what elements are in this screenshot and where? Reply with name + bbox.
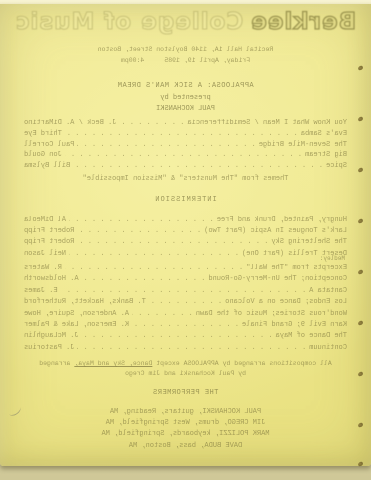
venue-line: Recital Hall 1A, 1140 Boylston Street, B… [0, 46, 371, 53]
document-page: BerkleeCollege of Music Recital Hall 1A,… [0, 4, 371, 466]
dot-leader [61, 286, 307, 297]
berklee-logo: BerkleeCollege of Music [0, 9, 371, 35]
program-row: Lark's Tongues In Aspic (Part Two)Robert… [24, 226, 347, 237]
program-row: SpiceBill Bylsma [24, 161, 347, 172]
program-row: The Seven-Mile BridgePaul Correll [24, 140, 347, 151]
program-row: Conception; The Un-Merry-Go-RoundA. Hold… [24, 274, 347, 285]
performer-entry: JIM CREGO, drums, West Springfield, MA [0, 418, 371, 429]
performer-entry: PAUL KOCHANSKI, guitars, Reading, MA [0, 407, 371, 418]
logo-word-berklee: Berklee [250, 9, 356, 35]
dot-leader [149, 297, 222, 308]
dot-leader [119, 118, 184, 129]
program-part-one: You Know What I Mean / SemidifferenciaJ.… [24, 118, 347, 185]
performer-entry: DAVE BUDA, bass, Boston, MA [0, 441, 371, 452]
intermission-heading: INTERMISSION [0, 196, 371, 204]
program-part-two-a: Hungry, Painted, Drunk and FreeAl DiMeol… [24, 215, 347, 260]
concert-title: APPALOOSA: A SICK MAN'S DREAM [0, 81, 371, 93]
program-row: The Sheltering SkyRobert Fripp [24, 237, 347, 248]
program-row: Excerpts from "The Wall"R. Waters [24, 263, 347, 274]
performer-entry: MARK POLIZZI, keyboards, Springfield, MA [0, 429, 371, 440]
performers-list: PAUL KOCHANSKI, guitars, Reading, MA JIM… [0, 407, 371, 452]
dot-leader [65, 263, 243, 274]
program-row: Wond'rous Stories; Music of the DawnA. A… [24, 309, 347, 320]
dot-leader [65, 150, 302, 161]
dot-leader [77, 343, 306, 354]
program-row: Big StreamJon Gould [24, 150, 347, 161]
dot-leader [77, 237, 268, 248]
program-closing-line: Themes from "The Munsters" & "Mission Im… [24, 174, 347, 185]
medley-label: Medley: [320, 255, 345, 262]
time-text: 4:00pm [121, 57, 144, 64]
program-row: Karn Evil 9; Grand FinaleK. Emerson, Lak… [24, 320, 347, 331]
title-block: APPALOOSA: A SICK MAN'S DREAM presented … [0, 81, 371, 116]
dot-leader [132, 320, 239, 331]
arranger-note: All compositions arranged by APPALOOSA e… [0, 359, 371, 379]
bleed-through-content: BerkleeCollege of Music Recital Hall 1A,… [0, 4, 371, 466]
program-row: Hungry, Painted, Drunk and FreeAl DiMeol… [24, 215, 347, 226]
dot-leader [82, 274, 206, 285]
dot-leader [65, 129, 298, 140]
program-row: ContinuumJ. Pastorius [24, 343, 347, 354]
dot-leader [132, 309, 193, 320]
program-part-two-b: Excerpts from "The Wall"R. Waters Concep… [24, 263, 347, 354]
presented-by-label: presented by [0, 93, 371, 105]
arranger-note-line2: by Paul Kochanski and Jim Crego [0, 369, 371, 379]
presenter-name: PAUL KOCHANSKI [0, 104, 371, 116]
performers-heading: THE PERFORMERS [0, 389, 371, 397]
dot-leader [73, 161, 323, 172]
dot-leader [69, 215, 214, 226]
program-row: Eva's SambaThird Eye [24, 129, 347, 140]
program-row: The Dance of MayaJ. McLaughlin [24, 331, 347, 342]
dot-leader [69, 249, 239, 260]
dot-leader [77, 226, 201, 237]
dot-leader [77, 140, 255, 151]
program-row: Los Endos; Dance on a VolcanoT. Banks, H… [24, 297, 347, 308]
dot-leader [82, 331, 273, 342]
program-row: Desert Trellis (Part One)Neil Jason [24, 249, 347, 260]
program-row: You Know What I Mean / SemidifferenciaJ.… [24, 118, 347, 129]
program-row: Cantata AE. James [24, 286, 347, 297]
date-text: Friday, April 19, 1985 [164, 57, 250, 64]
arranger-note-line1: All compositions arranged by APPALOOSA e… [0, 359, 371, 369]
date-time-line: Friday, April 19, 1985 4:00pm [0, 57, 371, 64]
logo-words-college-of-music: College of Music [15, 9, 243, 35]
underlined-titles: Dance, Sky and Maya, [74, 360, 152, 367]
